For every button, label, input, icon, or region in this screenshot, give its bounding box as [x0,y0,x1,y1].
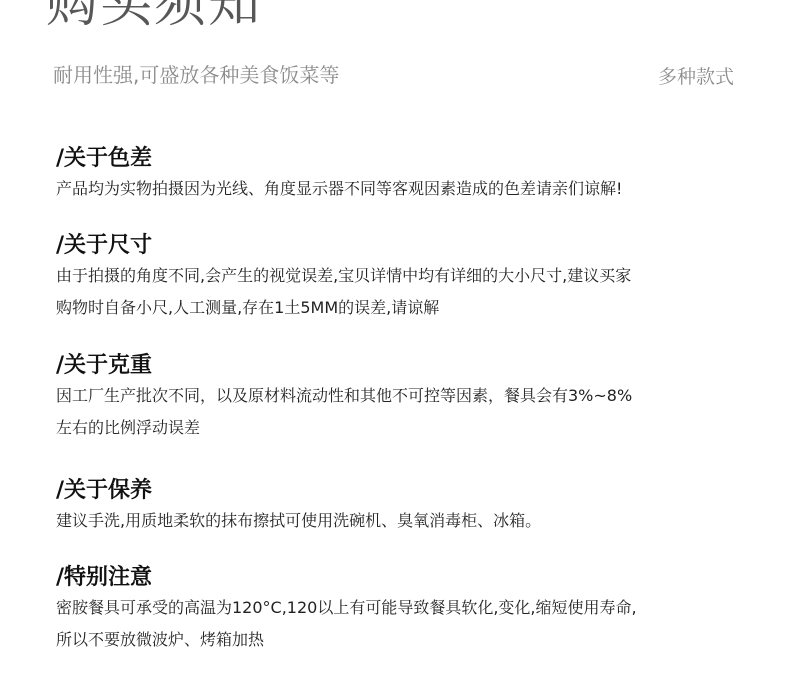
section-heading: /特别注意 [56,564,756,592]
section-maintenance: /关于保养 建议手洗,用质地柔软的抹布擦拭可使用洗碗机、臭氧消毒柜、冰箱。 [56,477,756,537]
section-line: 密胺餐具可承受的高温为120°C,120以上有可能导致餐具软化,变化,缩短使用寿… [56,592,756,624]
section-body: 产品均为实物拍摄因为光线、角度显示器不同等客观因素造成的色差请亲们谅解! [56,173,756,205]
page-title: 购买须知 [46,0,262,34]
section-line: 购物时自备小尺,人工测量,存在1土5MM的误差,请谅解 [56,292,756,324]
section-color-difference: /关于色差 产品均为实物拍摄因为光线、角度显示器不同等客观因素造成的色差请亲们谅… [56,145,756,205]
section-line: 产品均为实物拍摄因为光线、角度显示器不同等客观因素造成的色差请亲们谅解! [56,173,756,205]
section-heading: /关于尺寸 [56,232,756,260]
section-body: 由于拍摄的角度不同,会产生的视觉误差,宝贝详情中均有详细的大小尺寸,建议买家 购… [56,260,756,324]
section-body: 密胺餐具可承受的高温为120°C,120以上有可能导致餐具软化,变化,缩短使用寿… [56,592,756,656]
section-heading: /关于保养 [56,477,756,505]
section-line: 因工厂生产批次不同，以及原材料流动性和其他不可控等因素，餐具会有3%~8% [56,380,756,412]
section-body: 建议手洗,用质地柔软的抹布擦拭可使用洗碗机、臭氧消毒柜、冰箱。 [56,505,756,537]
section-weight: /关于克重 因工厂生产批次不同，以及原材料流动性和其他不可控等因素，餐具会有3%… [56,352,756,444]
page-subtitle: 耐用性强,可盛放各种美食饭菜等 [53,62,339,88]
variant-label: 多种款式 [658,64,734,90]
section-line: 所以不要放微波炉、烤箱加热 [56,624,756,656]
section-heading: /关于色差 [56,145,756,173]
section-line: 左右的比例浮动误差 [56,412,756,444]
section-special-notice: /特别注意 密胺餐具可承受的高温为120°C,120以上有可能导致餐具软化,变化… [56,564,756,656]
section-size: /关于尺寸 由于拍摄的角度不同,会产生的视觉误差,宝贝详情中均有详细的大小尺寸,… [56,232,756,324]
section-line: 建议手洗,用质地柔软的抹布擦拭可使用洗碗机、臭氧消毒柜、冰箱。 [56,505,756,537]
section-line: 由于拍摄的角度不同,会产生的视觉误差,宝贝详情中均有详细的大小尺寸,建议买家 [56,260,756,292]
section-body: 因工厂生产批次不同，以及原材料流动性和其他不可控等因素，餐具会有3%~8% 左右… [56,380,756,444]
section-heading: /关于克重 [56,352,756,380]
